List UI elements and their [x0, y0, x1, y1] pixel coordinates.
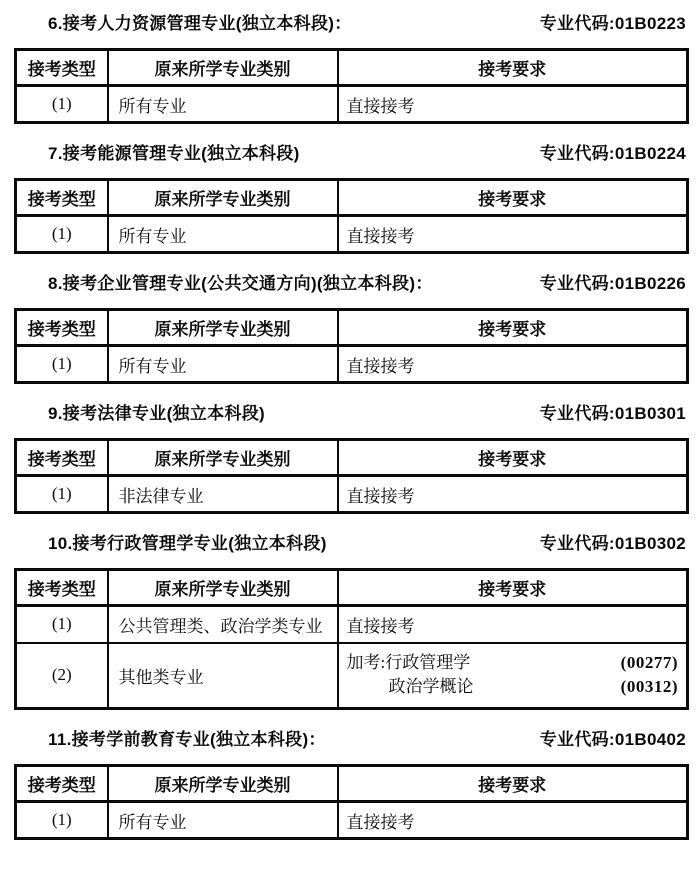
major-code-label: 专业代码:01B0402: [540, 730, 686, 750]
table-row: (2) 其他类专业 加考:行政管理学 (00277) 政治学概论 (00312): [16, 643, 688, 709]
section-11: 11.接考学前教育专业(独立本科段)： 专业代码:01B0402 接考类型 原来…: [14, 730, 686, 840]
header-exam-requirement: 接考要求: [338, 180, 688, 216]
header-exam-type: 接考类型: [16, 766, 108, 802]
table-header-row: 接考类型 原来所学专业类别 接考要求: [16, 570, 688, 606]
table-header-row: 接考类型 原来所学专业类别 接考要求: [16, 180, 688, 216]
header-original-major: 原来所学专业类别: [108, 310, 338, 346]
added-course-name: 加考:行政管理学: [347, 651, 471, 675]
cell-exam-type: (1): [16, 802, 108, 839]
major-code-label: 专业代码:01B0223: [540, 14, 686, 34]
section-6: 6.接考人力资源管理专业(独立本科段)： 专业代码:01B0223 接考类型 原…: [14, 14, 686, 124]
cell-original-major: 非法律专业: [108, 476, 338, 513]
header-exam-type: 接考类型: [16, 570, 108, 606]
major-code-label: 专业代码:01B0226: [540, 274, 686, 294]
section-title: 8.接考企业管理专业(公共交通方向)(独立本科段)：: [48, 274, 433, 294]
section-header: 7.接考能源管理专业(独立本科段) 专业代码:01B0224: [14, 144, 686, 164]
cell-exam-requirement: 加考:行政管理学 (00277) 政治学概论 (00312): [338, 643, 688, 709]
cell-exam-requirement: 直接接考: [338, 86, 688, 123]
table-row: (1) 所有专业 直接接考: [16, 216, 688, 253]
cell-exam-requirement: 直接接考: [338, 216, 688, 253]
cell-exam-requirement: 直接接考: [338, 606, 688, 643]
cell-original-major: 所有专业: [108, 802, 338, 839]
cell-exam-requirement: 直接接考: [338, 802, 688, 839]
table-header-row: 接考类型 原来所学专业类别 接考要求: [16, 50, 688, 86]
table-row: (1) 公共管理类、政治学类专业 直接接考: [16, 606, 688, 643]
table-row: (1) 所有专业 直接接考: [16, 802, 688, 839]
table-header-row: 接考类型 原来所学专业类别 接考要求: [16, 440, 688, 476]
exam-requirements-table: 接考类型 原来所学专业类别 接考要求 (1) 非法律专业 直接接考: [14, 438, 689, 514]
table-row: (1) 所有专业 直接接考: [16, 86, 688, 123]
cell-exam-type: (2): [16, 643, 108, 709]
section-8: 8.接考企业管理专业(公共交通方向)(独立本科段)： 专业代码:01B0226 …: [14, 274, 686, 384]
course-code: (00312): [621, 675, 678, 699]
section-title: 10.接考行政管理学专业(独立本科段): [48, 534, 327, 554]
header-original-major: 原来所学专业类别: [108, 766, 338, 802]
document-page: 6.接考人力资源管理专业(独立本科段)： 专业代码:01B0223 接考类型 原…: [0, 0, 700, 880]
section-header: 11.接考学前教育专业(独立本科段)： 专业代码:01B0402: [14, 730, 686, 750]
major-code-label: 专业代码:01B0302: [540, 534, 686, 554]
section-header: 6.接考人力资源管理专业(独立本科段)： 专业代码:01B0223: [14, 14, 686, 34]
cell-original-major: 所有专业: [108, 346, 338, 383]
added-course-name: 政治学概论: [389, 675, 474, 699]
section-7: 7.接考能源管理专业(独立本科段) 专业代码:01B0224 接考类型 原来所学…: [14, 144, 686, 254]
exam-requirements-table: 接考类型 原来所学专业类别 接考要求 (1) 所有专业 直接接考: [14, 48, 689, 124]
major-code-label: 专业代码:01B0301: [540, 404, 686, 424]
cell-exam-type: (1): [16, 606, 108, 643]
section-title: 7.接考能源管理专业(独立本科段): [48, 144, 300, 164]
cell-exam-type: (1): [16, 86, 108, 123]
header-original-major: 原来所学专业类别: [108, 570, 338, 606]
header-original-major: 原来所学专业类别: [108, 180, 338, 216]
major-code-label: 专业代码:01B0224: [540, 144, 686, 164]
cell-original-major: 所有专业: [108, 216, 338, 253]
cell-exam-type: (1): [16, 216, 108, 253]
header-exam-requirement: 接考要求: [338, 310, 688, 346]
section-title: 9.接考法律专业(独立本科段): [48, 404, 265, 424]
added-course-line: 政治学概论 (00312): [347, 675, 679, 699]
header-original-major: 原来所学专业类别: [108, 50, 338, 86]
exam-requirements-table: 接考类型 原来所学专业类别 接考要求 (1) 所有专业 直接接考: [14, 764, 689, 840]
exam-requirements-table: 接考类型 原来所学专业类别 接考要求 (1) 所有专业 直接接考: [14, 308, 689, 384]
table-row: (1) 非法律专业 直接接考: [16, 476, 688, 513]
table-row: (1) 所有专业 直接接考: [16, 346, 688, 383]
cell-original-major: 其他类专业: [108, 643, 338, 709]
header-exam-requirement: 接考要求: [338, 50, 688, 86]
added-course-line: 加考:行政管理学 (00277): [347, 651, 679, 675]
header-original-major: 原来所学专业类别: [108, 440, 338, 476]
cell-original-major: 公共管理类、政治学类专业: [108, 606, 338, 643]
cell-exam-requirement: 直接接考: [338, 346, 688, 383]
section-header: 8.接考企业管理专业(公共交通方向)(独立本科段)： 专业代码:01B0226: [14, 274, 686, 294]
header-exam-type: 接考类型: [16, 440, 108, 476]
cell-exam-type: (1): [16, 476, 108, 513]
cell-exam-requirement: 直接接考: [338, 476, 688, 513]
course-code: (00277): [621, 651, 678, 675]
section-9: 9.接考法律专业(独立本科段) 专业代码:01B0301 接考类型 原来所学专业…: [14, 404, 686, 514]
section-header: 9.接考法律专业(独立本科段) 专业代码:01B0301: [14, 404, 686, 424]
cell-original-major: 所有专业: [108, 86, 338, 123]
section-10: 10.接考行政管理学专业(独立本科段) 专业代码:01B0302 接考类型 原来…: [14, 534, 686, 710]
exam-requirements-table: 接考类型 原来所学专业类别 接考要求 (1) 所有专业 直接接考: [14, 178, 689, 254]
section-title: 11.接考学前教育专业(独立本科段)：: [48, 730, 326, 750]
header-exam-requirement: 接考要求: [338, 766, 688, 802]
header-exam-type: 接考类型: [16, 50, 108, 86]
section-header: 10.接考行政管理学专业(独立本科段) 专业代码:01B0302: [14, 534, 686, 554]
header-exam-requirement: 接考要求: [338, 440, 688, 476]
header-exam-type: 接考类型: [16, 310, 108, 346]
header-exam-type: 接考类型: [16, 180, 108, 216]
exam-requirements-table: 接考类型 原来所学专业类别 接考要求 (1) 公共管理类、政治学类专业 直接接考…: [14, 568, 689, 710]
section-title: 6.接考人力资源管理专业(独立本科段)：: [48, 14, 352, 34]
table-header-row: 接考类型 原来所学专业类别 接考要求: [16, 766, 688, 802]
header-exam-requirement: 接考要求: [338, 570, 688, 606]
table-header-row: 接考类型 原来所学专业类别 接考要求: [16, 310, 688, 346]
cell-exam-type: (1): [16, 346, 108, 383]
